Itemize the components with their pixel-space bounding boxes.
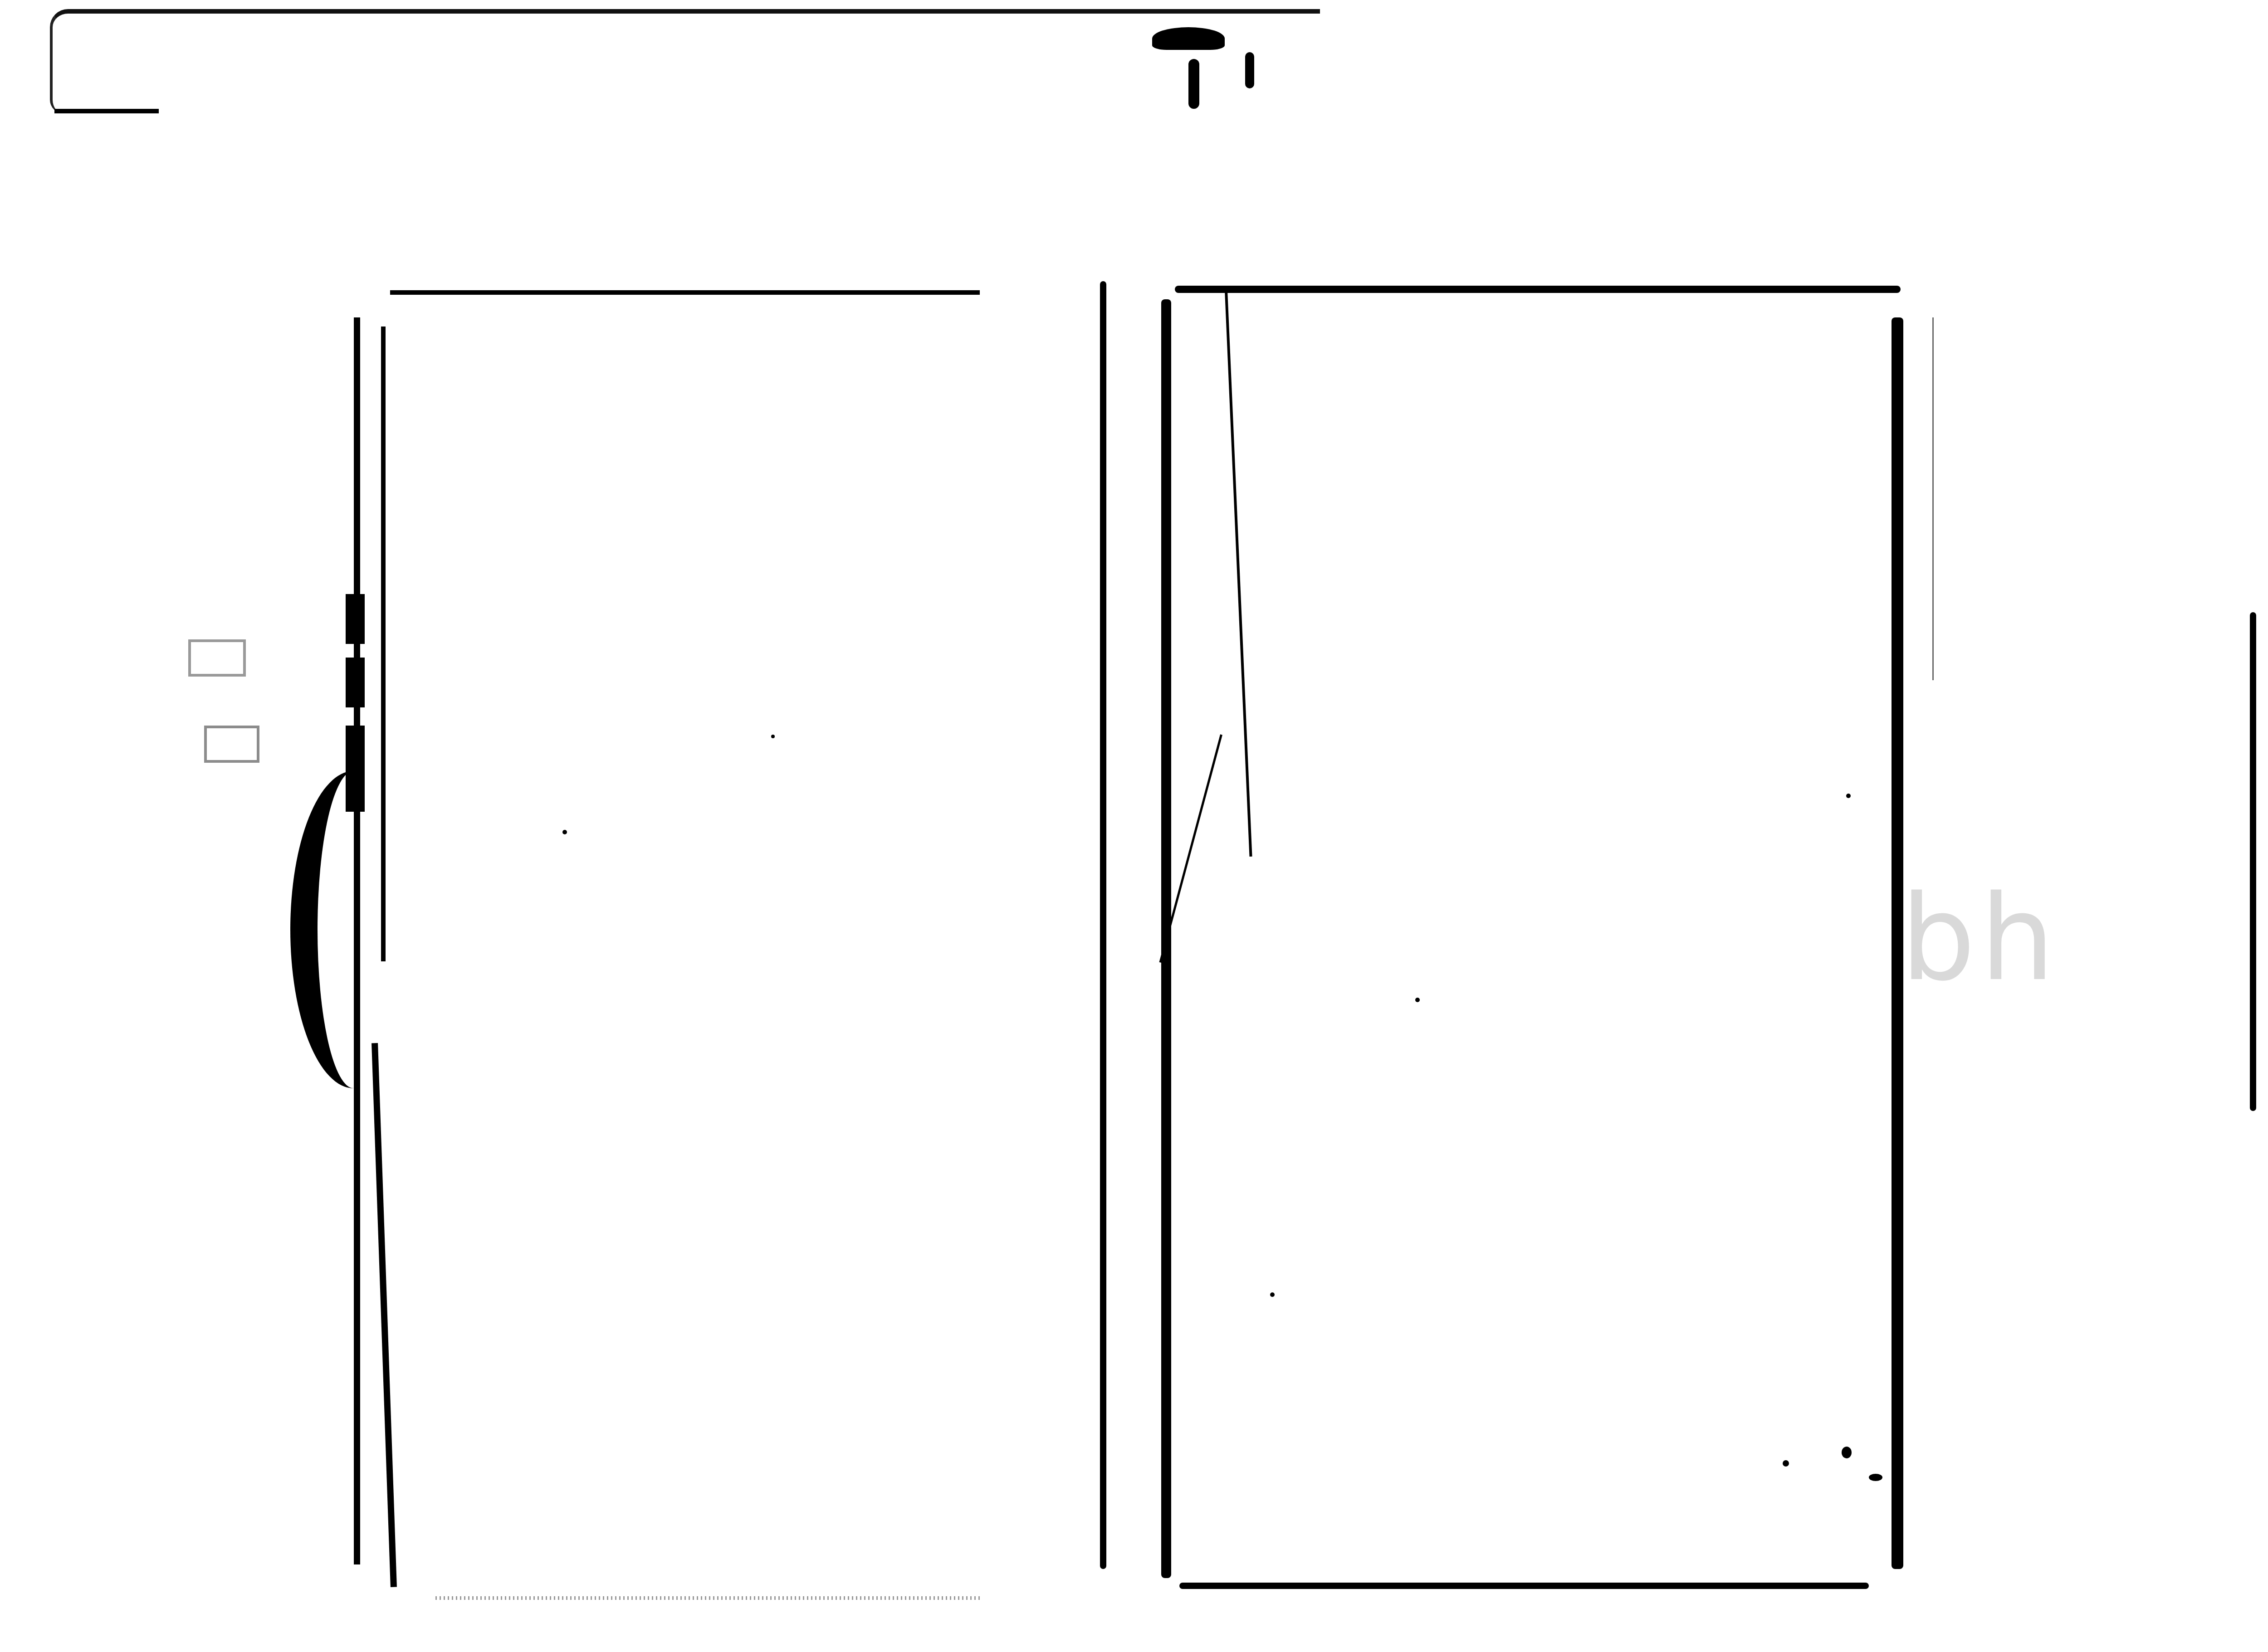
speck xyxy=(1783,1460,1789,1467)
book-top-edge xyxy=(50,9,1320,113)
binding-clip-mark xyxy=(1188,59,1199,109)
right-page-edge-noise xyxy=(1932,317,1936,680)
ghost-text: bh xyxy=(1901,880,2059,998)
gutter-left-edge xyxy=(1100,281,1106,1569)
speck xyxy=(1869,1474,1882,1481)
faint-mark xyxy=(188,639,246,677)
speck xyxy=(1846,794,1851,798)
binding-clip xyxy=(1152,27,1225,50)
faint-mark xyxy=(204,726,259,763)
speck xyxy=(1270,1292,1275,1297)
binding-clip-mark xyxy=(1245,52,1254,88)
left-page-top-edge xyxy=(390,290,980,295)
speck xyxy=(1842,1447,1852,1458)
book-cover-edge xyxy=(2250,612,2256,1111)
gutter-crease xyxy=(1225,290,1252,857)
speck xyxy=(562,830,567,834)
top-edge-shadow xyxy=(54,109,159,113)
right-page-bottom-edge xyxy=(1179,1583,1869,1589)
binding-ring xyxy=(290,771,417,1088)
left-page xyxy=(358,290,1102,1587)
speck xyxy=(771,735,775,738)
binding-tab xyxy=(346,594,365,644)
speck xyxy=(1415,998,1420,1002)
left-page-bottom-edge xyxy=(435,1596,980,1600)
right-page-top-edge xyxy=(1175,286,1901,293)
binding-tab xyxy=(346,726,365,766)
binding-tab xyxy=(346,658,365,707)
